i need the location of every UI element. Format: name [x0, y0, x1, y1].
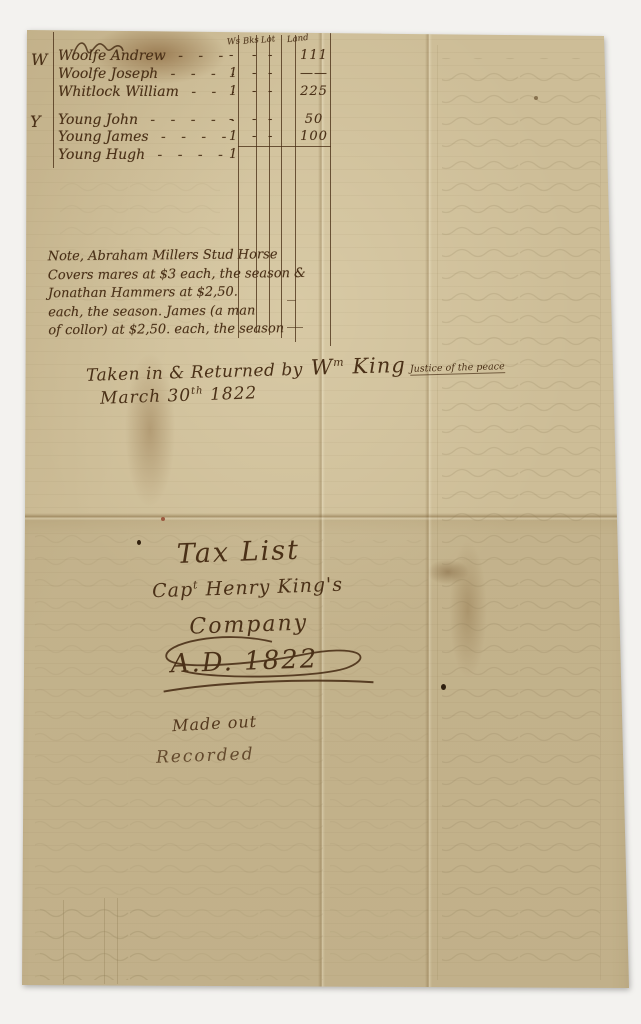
cell-col3: - — [268, 129, 272, 144]
cell-col2: - — [252, 84, 256, 99]
margin-letter-y: Y — [30, 112, 41, 131]
taxpayer-name: Whitlock William — [58, 84, 179, 100]
signature-surname: King — [344, 353, 406, 379]
vertical-fold-crease-left — [318, 30, 325, 988]
date-day: March 30 — [100, 386, 192, 409]
table-row: Whitlock William - - - - - - 1 - - 225 — [58, 84, 340, 102]
note-line-1: Note, Abraham Millers Stud Horse — [48, 246, 336, 267]
cell-land: 111 — [292, 48, 336, 63]
stud-horse-note: Note, Abraham Millers Stud Horse Covers … — [48, 246, 337, 341]
cell-land: 50 — [292, 112, 336, 127]
bleed-through-texture — [0, 0, 641, 1024]
table-column-line-5 — [295, 35, 296, 342]
made-out-annotation: Made out — [172, 712, 258, 735]
ink-speck — [137, 540, 141, 545]
note-line-5: of collor) at $2,50. each, the season — [48, 320, 336, 341]
dash-leader: - - - - - - — [179, 84, 234, 100]
cell-col2: - — [252, 66, 256, 81]
cell-col2: - — [252, 112, 256, 127]
table-row: Young James - - - - - - 1 - - 100 — [58, 129, 340, 147]
captain-abbrev: Cap — [152, 579, 194, 602]
table-row: Woolfe Andrew - - - - - - - - - - - 111 — [58, 48, 340, 66]
certification-line: Taken in & Returned byWm KingJustice of … — [86, 350, 505, 386]
captain-superscript: t — [193, 578, 199, 591]
bleed-grid-line-1 — [63, 900, 64, 984]
note-line-3: Jonathan Hammers at $2,50. — [48, 283, 336, 304]
cell-col3: - — [268, 66, 272, 81]
margin-rule-line — [53, 32, 54, 168]
horizontal-fold-crease — [24, 513, 624, 521]
table-row: Woolfe Joseph - - - - - - - 1 - - —— — [58, 66, 340, 84]
scanned-document: Ws Bks Lot Land W Y Woolfe Andrew - - - … — [0, 0, 641, 1024]
table-column-line-1 — [238, 35, 239, 338]
certification-text: Taken in & Returned by — [86, 360, 303, 386]
cell-land: 225 — [292, 84, 336, 99]
paper-sheet: Ws Bks Lot Land W Y Woolfe Andrew - - - … — [0, 0, 641, 1024]
date-ordinal: th — [191, 385, 204, 396]
faint-rule-line — [437, 45, 438, 980]
taxpayer-name: Young James — [58, 129, 149, 145]
cell-col1: 1 — [229, 147, 237, 162]
cell-col3: - — [268, 48, 272, 63]
table-header-col1: Ws — [227, 36, 241, 47]
paper-shadow-wrap: Ws Bks Lot Land W Y Woolfe Andrew - - - … — [0, 0, 641, 1024]
note-line-4: each, the season. James (a man — [48, 301, 336, 322]
cell-col2: - — [252, 129, 256, 144]
dash-leader: - - - - - - - - — [166, 48, 234, 64]
cell-land: 100 — [292, 129, 336, 144]
docket-cover-panel: Tax List Capt Henry King's Company A.D. … — [148, 524, 378, 532]
cell-col3: - — [268, 112, 272, 127]
cell-land: —— — [292, 66, 336, 81]
margin-letter-w: W — [31, 50, 47, 69]
table-header-col4: Land — [287, 33, 310, 45]
table-row: Young Hugh - - - - - 1 — [58, 147, 340, 165]
justice-signature: Wm King — [310, 353, 406, 380]
table-row: Young John - - - - - - - - - - - 50 — [58, 112, 340, 130]
underline-flourish — [159, 672, 380, 700]
cell-col2: - — [252, 48, 256, 63]
table-row-rule — [238, 146, 331, 147]
docket-captain-line: Capt Henry King's — [152, 573, 344, 602]
recorded-annotation: Recorded — [156, 744, 255, 767]
tick-mark-arrow — [287, 327, 303, 328]
bleed-grid-line-2 — [104, 898, 105, 984]
dash-leader: - - - - - — [145, 147, 234, 163]
note-line-2: Covers mares at $3 each, the season & — [48, 264, 336, 285]
foxing-speck — [534, 96, 538, 100]
docket-title: Tax List — [176, 535, 300, 570]
dash-leader: - - - - - - - — [158, 66, 234, 82]
taxpayer-name: Young John — [58, 112, 138, 128]
taxpayer-name: Woolfe Andrew — [58, 48, 166, 64]
table-header-col3: Lot — [261, 34, 276, 45]
table-header-col2: Bks — [243, 35, 260, 47]
dash-leader: - - - - - - - - — [138, 112, 234, 128]
rust-speck — [161, 517, 165, 521]
docket-year: A.D. 1822 — [170, 644, 319, 679]
table-right-border-line — [330, 33, 331, 346]
bleed-grid-line-3 — [117, 898, 118, 984]
taxpayer-name: Woolfe Joseph — [58, 66, 158, 82]
docket-company: Company — [189, 610, 309, 639]
certification-date: March 30th 1822 — [100, 383, 258, 408]
date-year: 1822 — [203, 383, 257, 405]
justice-title: Justice of the peace — [410, 361, 505, 376]
captain-name: Henry King's — [198, 574, 343, 601]
faint-edge-crease — [600, 110, 601, 980]
cell-col3: - — [268, 84, 272, 99]
signature-superscript: m — [333, 356, 345, 369]
calligraphic-flourish — [152, 630, 384, 686]
signature-initial: W — [310, 355, 333, 380]
table-column-line-3 — [269, 35, 270, 335]
table-column-line-2 — [256, 35, 257, 333]
cell-col1: - — [229, 112, 233, 127]
dash-leader: - - - - - - — [149, 129, 234, 145]
taxpayer-name: Young Hugh — [58, 147, 145, 163]
vertical-fold-crease-right — [425, 32, 432, 988]
table-column-line-4 — [281, 35, 282, 338]
flourish-doodle — [70, 36, 126, 62]
cell-col1: 1 — [229, 84, 237, 99]
cell-col1: 1 — [229, 129, 237, 144]
cell-col1: - — [229, 48, 233, 63]
ink-speck — [441, 684, 446, 690]
tick-mark — [287, 300, 296, 301]
cell-col1: 1 — [229, 66, 237, 81]
